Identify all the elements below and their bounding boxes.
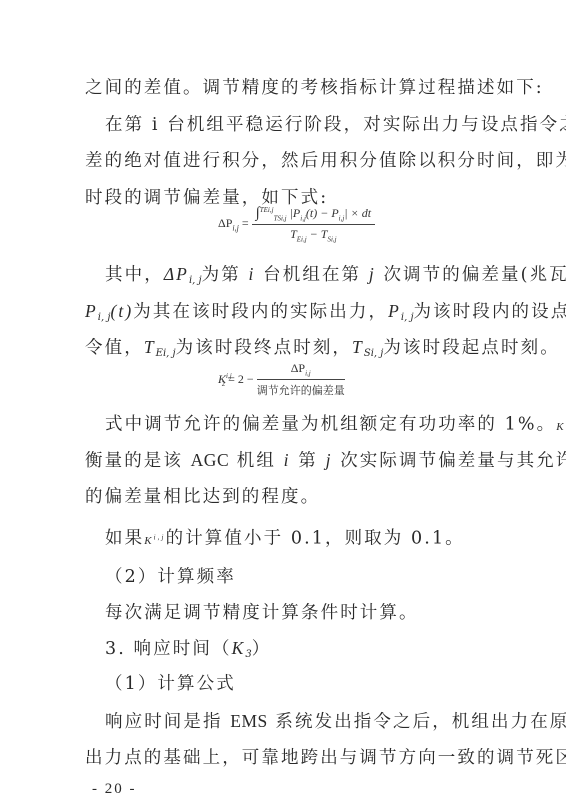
page-number: - 20 - <box>92 781 137 798</box>
section-heading: 3. 响应时间（K3） <box>105 637 505 666</box>
text-line: 其中，ΔPi, j为第 i 台机组在第 j 次调节的偏差量(兆瓦)， <box>105 263 505 292</box>
text-line: 响应时间是指 EMS 系统发出指令之后，机组出力在原 <box>105 710 505 733</box>
text-line: 每次满足调节精度计算条件时计算。 <box>105 602 505 624</box>
section-heading: （1）计算公式 <box>105 673 505 695</box>
text-line: 如果Ki,j的计算值小于 0.1，则取为 0.1。 <box>105 526 505 552</box>
text-line: Pi, j(t)为其在该时段内的实际出力，Pi, j为该时段内的设点指 <box>85 300 485 329</box>
formula-delta-p: ΔPi,j = ∫TEi,jTSi,j |Pi,j(t) − Pi,j| × d… <box>218 205 375 244</box>
text-line: 差的绝对值进行积分，然后用积分值除以积分时间，即为该 <box>85 150 485 172</box>
section-heading: （2）计算频率 <box>105 566 505 588</box>
text-line: 式中调节允许的偏差量为机组额定有功功率的 1%。Ki,j <box>105 412 505 438</box>
text-line: 的偏差量相比达到的程度。 <box>85 486 485 508</box>
text-line: 之间的差值。调节精度的考核指标计算过程描述如下: <box>85 77 485 99</box>
formula-k2: Ki,j2 = 2 − ΔPi,j 调节允许的偏差量 <box>218 361 345 398</box>
text-line: 出力点的基础上，可靠地跨出与调节方向一致的调节死区所 <box>85 747 485 769</box>
text-line: 在第 i 台机组平稳运行阶段，对实际出力与设点指令之 <box>105 114 505 136</box>
text-line: 衡量的是该 AGC 机组 i 第 j 次实际调节偏差量与其允许达到 <box>85 449 485 472</box>
